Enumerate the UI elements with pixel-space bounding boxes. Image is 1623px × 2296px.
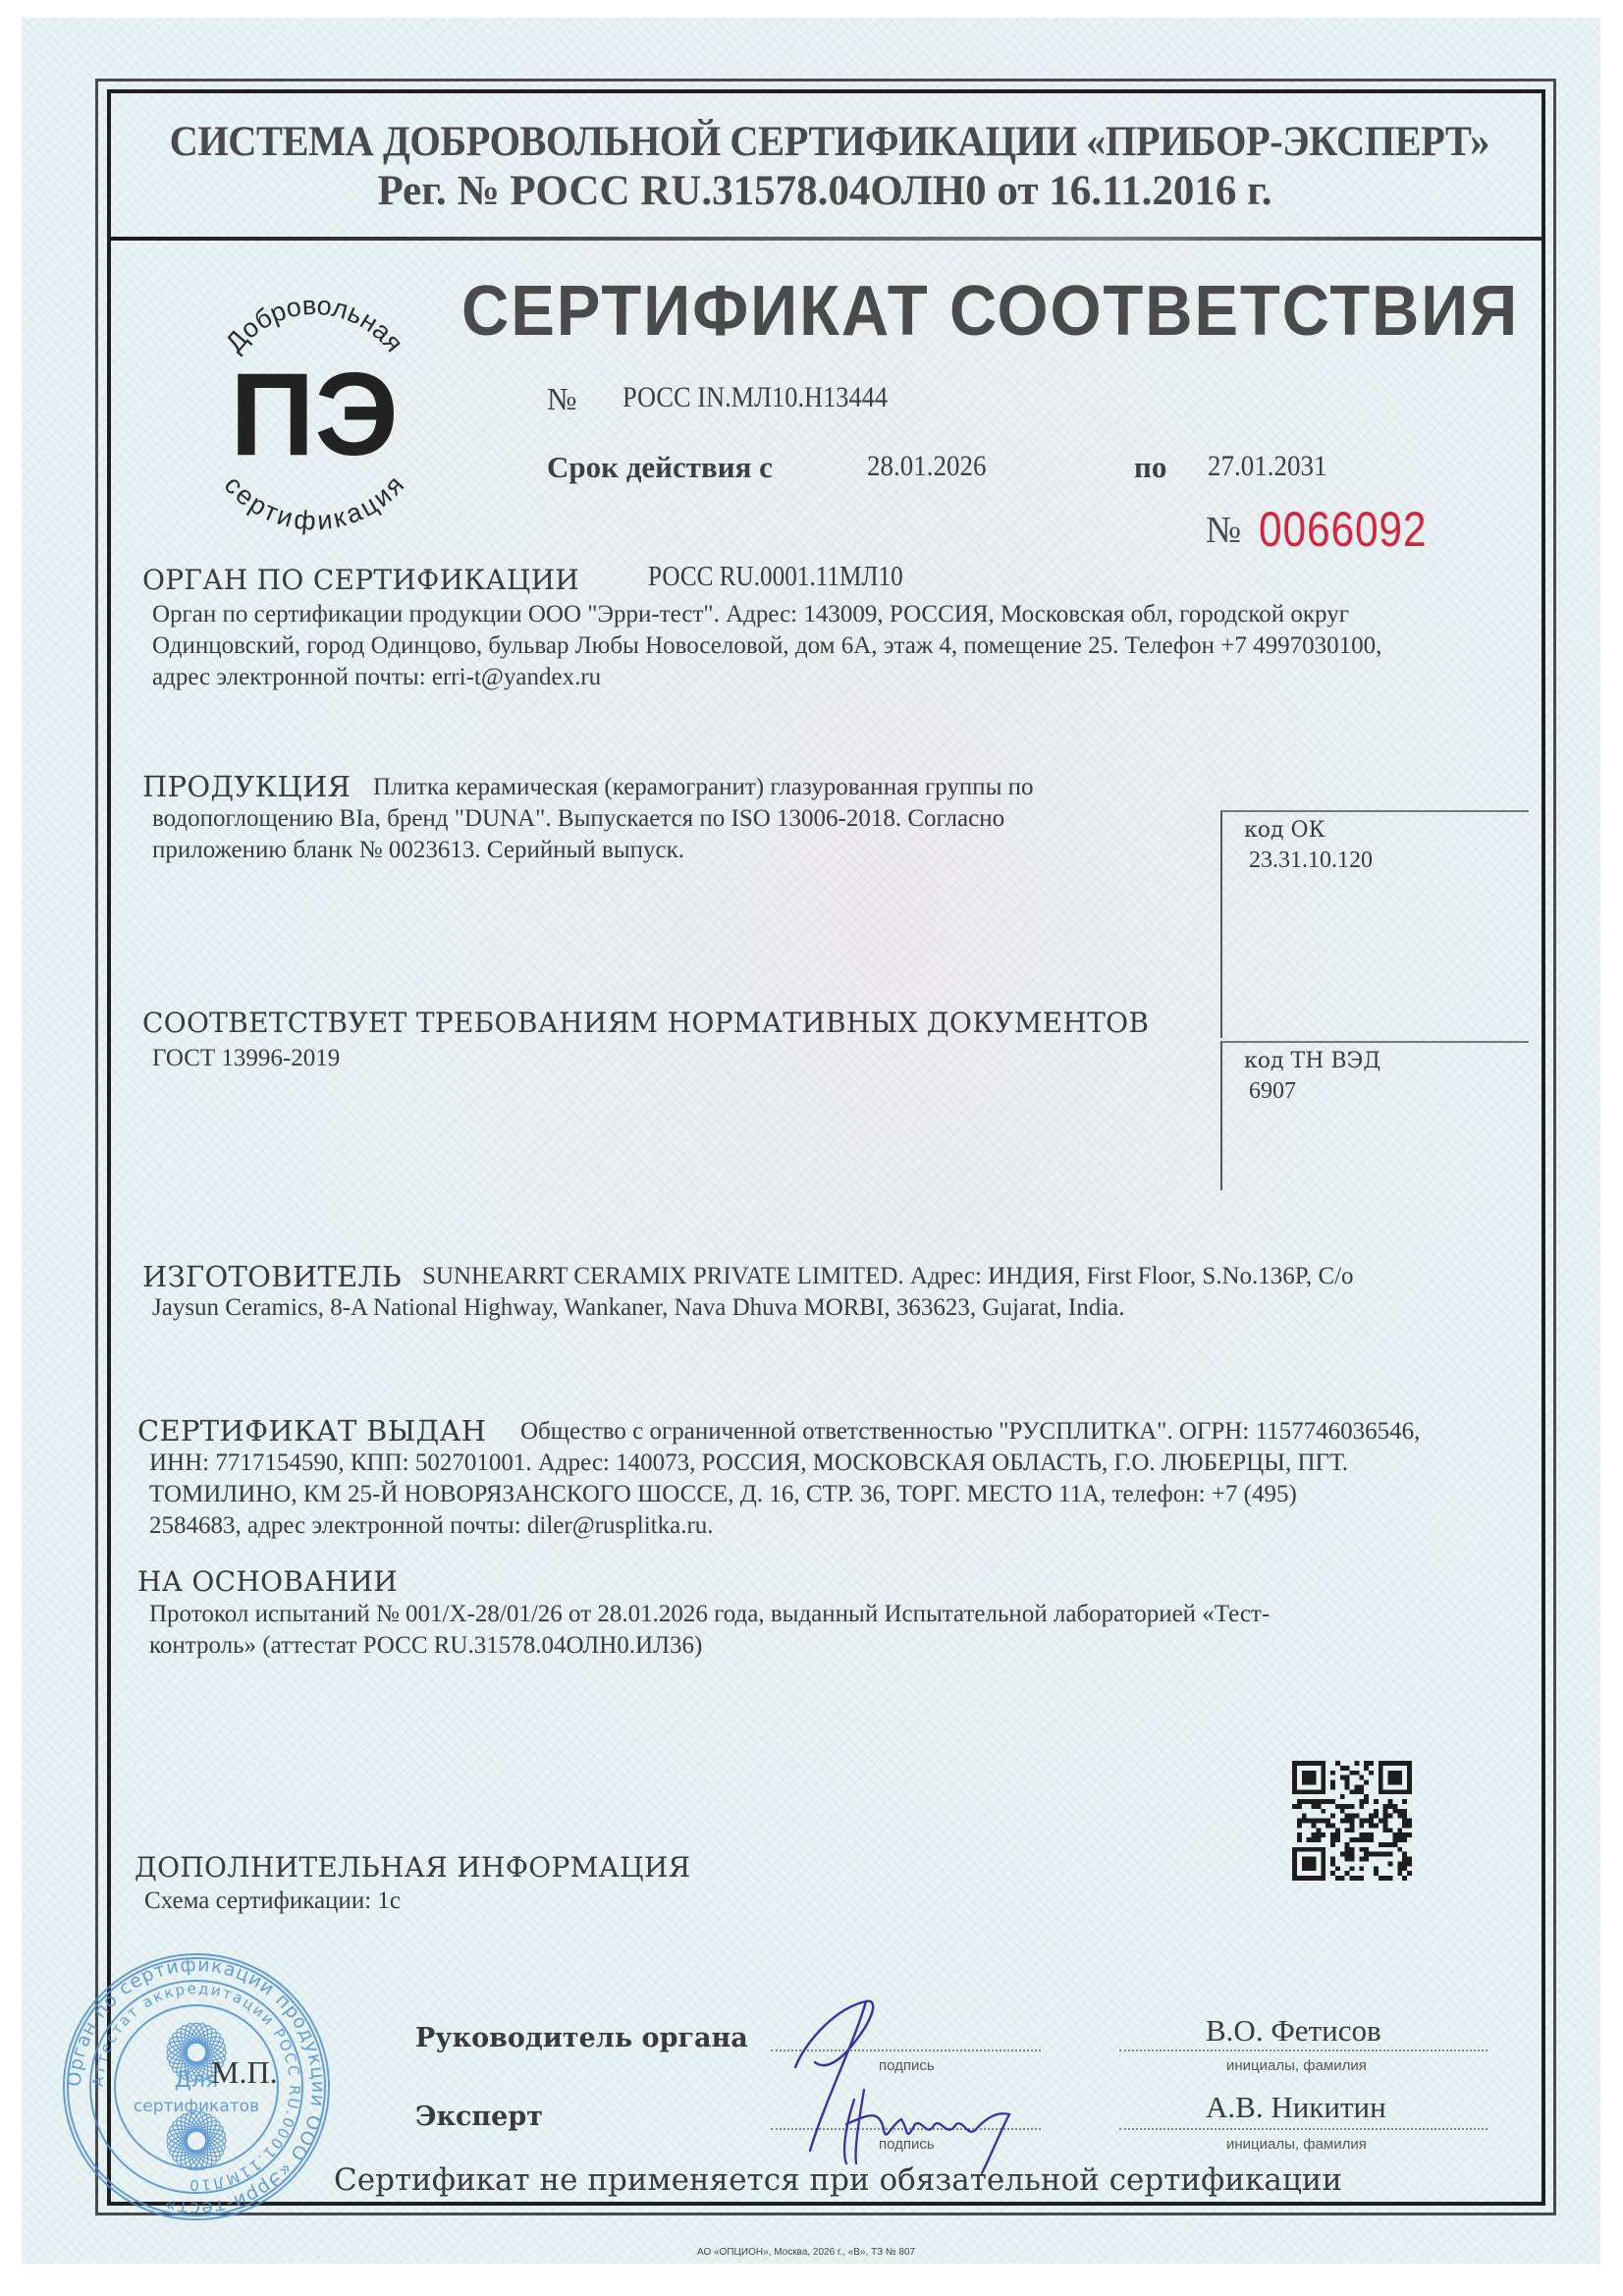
issued-to-first-line: Общество с ограниченной ответственностью… (520, 1416, 1420, 1448)
additional-info-heading: ДОПОЛНИТЕЛЬНАЯ ИНФОРМАЦИЯ (135, 1851, 690, 1884)
ok-code-label: код ОК (1244, 818, 1325, 843)
pe-logo-icon: Добровольная сертификация ПЭ (187, 280, 442, 535)
text-line: ТОМИЛИНО, КМ 25-Й НОВОРЯЗАНСКОГО ШОССЕ, … (149, 1479, 1348, 1510)
certification-body-code: РОСС RU.0001.11МЛ10 (648, 562, 903, 593)
product-description-first-line: Плитка керамическая (керамогранит) глазу… (373, 772, 1034, 803)
certification-body-heading: ОРГАН ПО СЕРТИФИКАЦИИ (142, 564, 579, 596)
issued-to-heading: СЕРТИФИКАТ ВЫДАН (137, 1414, 486, 1448)
valid-to-label: по (1134, 450, 1166, 485)
expert-name-caption: инициалы, фамилия (1226, 2136, 1367, 2153)
product-description: водопоглощению BIa, бренд "DUNA". Выпуск… (152, 803, 1004, 866)
qr-code[interactable] (1292, 1761, 1412, 1881)
tn-ved-code-box: код ТН ВЭД 6907 (1220, 1041, 1529, 1190)
expert-name-line (1119, 2128, 1488, 2130)
text-line: ИНН: 7717154590, КПП: 502701001. Адрес: … (149, 1448, 1348, 1479)
text-line: Одинцовский, город Одинцово, бульвар Люб… (152, 630, 1381, 662)
seal-icon: Орган по сертификации продукции ООО «Эрр… (59, 1949, 334, 2224)
official-seal: Орган по сертификации продукции ООО «Эрр… (59, 1949, 334, 2224)
product-heading: ПРОДУКЦИЯ (142, 770, 351, 803)
qr-code-icon (1292, 1761, 1412, 1881)
blank-number-label: № (1206, 509, 1241, 552)
certificate-number: РОСС IN.МЛ10.Н13444 (622, 381, 888, 414)
system-registration: Рег. № РОСС RU.31578.04ОЛН0 от 16.11.201… (128, 167, 1522, 215)
tn-ved-value: 6907 (1249, 1078, 1296, 1105)
text-line: 2584683, адрес электронной почты: diler@… (149, 1510, 1348, 1542)
ok-code-value: 23.31.10.120 (1249, 847, 1373, 874)
expert-name: А.В. Никитин (1206, 2090, 1386, 2125)
text-line: адрес электронной почты: erri-t@yandex.r… (152, 662, 1381, 693)
seal-center-line-2: сертификатов (134, 2097, 259, 2116)
footer-note: Сертификат не применяется при обязательн… (334, 2162, 1342, 2198)
text-line: Орган по сертификации продукции ООО "Эрр… (152, 599, 1381, 630)
manufacturer-second-line: Jaysun Ceramics, 8-A National Highway, W… (152, 1292, 1125, 1324)
valid-to-date: 27.01.2031 (1208, 450, 1327, 483)
head-of-body-name: В.О. Фетисов (1206, 2013, 1381, 2049)
blank-number: 0066092 (1259, 501, 1427, 558)
ok-code-box: код ОК 23.31.10.120 (1220, 810, 1529, 1038)
basis-heading: НА ОСНОВАНИИ (137, 1565, 398, 1598)
validity-label: Срок действия с (547, 450, 773, 485)
header-divider (111, 237, 1542, 241)
text-line: водопоглощению BIa, бренд "DUNA". Выпуск… (152, 803, 1004, 835)
svg-text:Добровольная: Добровольная (220, 291, 409, 357)
text-line: контроль» (аттестат РОСС RU.31578.04ОЛН0… (149, 1630, 1270, 1662)
issued-to-details: ИНН: 7717154590, КПП: 502701001. Адрес: … (149, 1448, 1348, 1542)
text-line: Протокол испытаний № 001/Х-28/01/26 от 2… (149, 1599, 1270, 1630)
basis-details: Протокол испытаний № 001/Х-28/01/26 от 2… (149, 1599, 1270, 1662)
certification-body-details: Орган по сертификации продукции ООО "Эрр… (152, 599, 1381, 693)
logo-top-arc: Добровольная (220, 291, 409, 357)
printer-imprint: АО «ОПЦИОН», Москва, 2026 г., «В», ТЗ № … (697, 2247, 915, 2258)
system-title: СИСТЕМА ДОБРОВОЛЬНОЙ СЕРТИФИКАЦИИ «ПРИБО… (170, 118, 1481, 166)
head-of-body-label: Руководитель органа (415, 2023, 748, 2053)
logo-letters: ПЭ (230, 349, 399, 480)
expert-label: Эксперт (415, 2102, 543, 2132)
text-line: приложению бланк № 0023613. Серийный вып… (152, 835, 1004, 866)
manufacturer-heading: ИЗГОТОВИТЕЛЬ (142, 1260, 402, 1293)
seal-place-label: М.П. (211, 2054, 278, 2091)
manufacturer-first-line: SUNHEARRT CERAMIX PRIVATE LIMITED. Адрес… (422, 1261, 1354, 1292)
head-name-caption: инициалы, фамилия (1226, 2057, 1367, 2074)
certificate-number-label: № (547, 381, 577, 417)
certification-scheme: Схема сертификации: 1с (144, 1886, 401, 1917)
conformity-heading: СООТВЕТСТВУЕТ ТРЕБОВАНИЯМ НОРМАТИВНЫХ ДО… (142, 1007, 1149, 1039)
conformity-standard: ГОСТ 13996-2019 (152, 1043, 340, 1074)
tn-ved-label: код ТН ВЭД (1244, 1049, 1380, 1073)
valid-from-date: 28.01.2026 (867, 450, 987, 483)
head-name-line (1119, 2050, 1488, 2051)
certificate-title: СЕРТИФИКАТ СООТВЕТСТВИЯ (461, 271, 1519, 352)
pe-logo: Добровольная сертификация ПЭ (187, 280, 442, 535)
